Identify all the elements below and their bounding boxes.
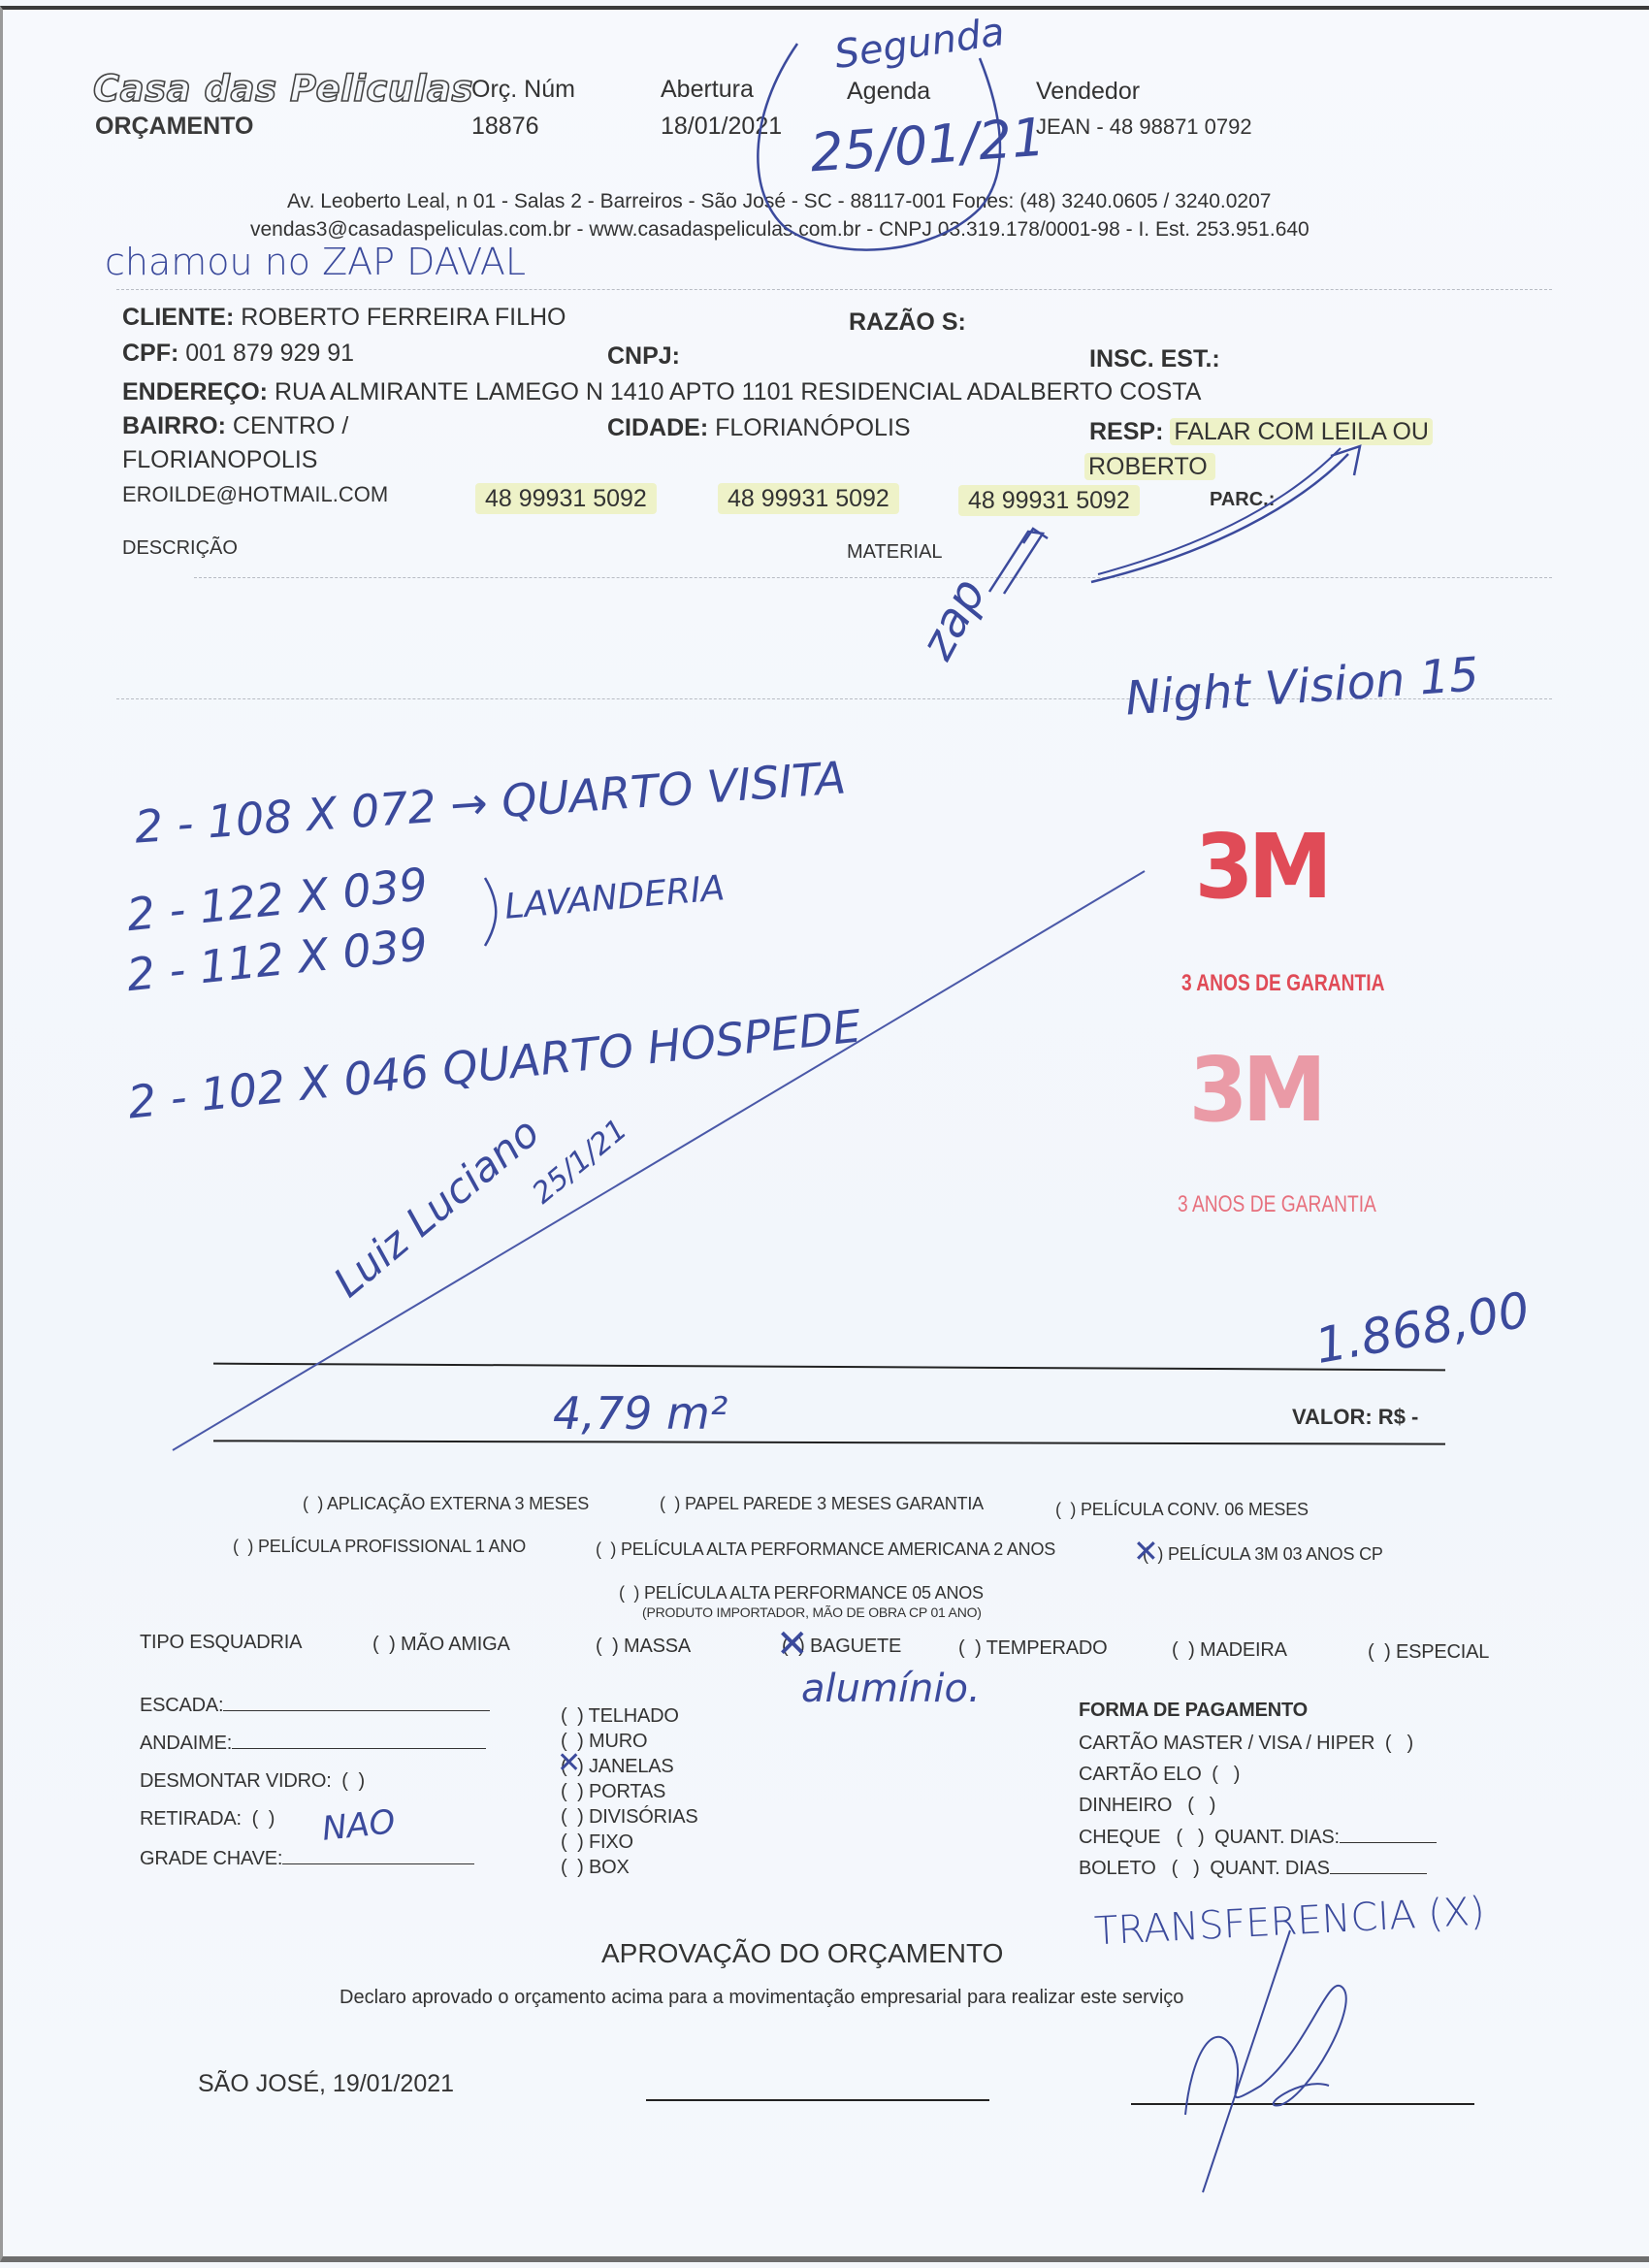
esquadria-temperado[interactable]: ( ) TEMPERADO bbox=[958, 1637, 1108, 1660]
divider bbox=[116, 289, 1552, 290]
signature-line-company bbox=[646, 2099, 989, 2101]
3m-stamp-warranty: 3 ANOS DE GARANTIA bbox=[1181, 970, 1384, 997]
resp-value-2: ROBERTO bbox=[1084, 453, 1215, 481]
esquadria-massa[interactable]: ( ) MASSA bbox=[596, 1636, 691, 1658]
pagamento-dinheiro[interactable]: DINHEIRO ( ) bbox=[1079, 1795, 1215, 1817]
company-contact: vendas3@casadaspeliculas.com.br - www.ca… bbox=[250, 218, 1309, 242]
phone-1: 48 99931 5092 bbox=[475, 485, 657, 513]
descricao-header: DESCRIÇÃO bbox=[122, 537, 238, 560]
material-header: MATERIAL bbox=[847, 541, 943, 564]
cpf-value: 001 879 929 91 bbox=[185, 340, 354, 367]
option-pelicula-profissional[interactable]: ( ) PELÍCULA PROFISSIONAL 1 ANO bbox=[233, 1537, 526, 1557]
local-portas[interactable]: ( ) PORTAS bbox=[561, 1781, 665, 1803]
agenda-label: Agenda bbox=[847, 78, 930, 106]
bairro-value: CENTRO / bbox=[233, 412, 348, 439]
valor-label: VALOR: R$ - bbox=[1292, 1405, 1418, 1430]
pagamento-cartao-elo[interactable]: CARTÃO ELO ( ) bbox=[1079, 1764, 1240, 1786]
company-address: Av. Leoberto Leal, n 01 - Salas 2 - Barr… bbox=[287, 190, 1271, 213]
phone-3: 48 99931 5092 bbox=[958, 487, 1140, 515]
esquadria-mao-amiga[interactable]: ( ) MÃO AMIGA bbox=[372, 1634, 510, 1656]
abertura-label: Abertura bbox=[661, 76, 754, 104]
local-telhado[interactable]: ( ) TELHADO bbox=[561, 1705, 679, 1728]
cliente-value: ROBERTO FERREIRA FILHO bbox=[241, 304, 566, 331]
endereco-value: RUA ALMIRANTE LAMEGO N 1410 APTO 1101 RE… bbox=[275, 378, 1201, 405]
retirada-field[interactable]: RETIRADA: ( ) bbox=[140, 1808, 275, 1831]
checkmark-x-icon: ✕ bbox=[557, 1746, 581, 1780]
local-fixo[interactable]: ( ) FIXO bbox=[561, 1831, 633, 1854]
insc-est-label: INSC. EST.: bbox=[1089, 345, 1220, 373]
pagamento-cartao-master[interactable]: CARTÃO MASTER / VISA / HIPER ( ) bbox=[1079, 1733, 1413, 1755]
razao-label: RAZÃO S: bbox=[849, 308, 966, 337]
signature-line-client bbox=[1131, 2103, 1474, 2105]
3m-stamp-warranty-faded: 3 ANOS DE GARANTIA bbox=[1178, 1191, 1376, 1218]
cidade-field: CIDADE: FLORIANÓPOLIS bbox=[607, 414, 911, 442]
pagamento-cheque[interactable]: CHEQUE ( ) QUANT. DIAS: bbox=[1079, 1826, 1437, 1849]
esquadria-especial[interactable]: ( ) ESPECIAL bbox=[1368, 1641, 1489, 1664]
checkmark-x-icon: ✕ bbox=[1133, 1533, 1159, 1570]
checkmark-x-icon: ✕ bbox=[776, 1622, 809, 1667]
bairro-field: BAIRRO: CENTRO / bbox=[122, 412, 348, 440]
grade-chave-field[interactable]: GRADE CHAVE: bbox=[140, 1847, 474, 1870]
3m-stamp-logo-faded: 3M bbox=[1189, 1038, 1321, 1142]
handwritten-note-top: chamou no ZAP DAVAL bbox=[105, 241, 526, 283]
escada-field[interactable]: ESCADA: bbox=[140, 1694, 490, 1717]
company-logo: Casa das Peliculas bbox=[93, 68, 473, 110]
vendedor-value: JEAN - 48 98871 0792 bbox=[1036, 114, 1252, 140]
email-value: EROILDE@HOTMAIL.COM bbox=[122, 482, 388, 507]
handwritten-aluminio: alumínio. bbox=[801, 1667, 981, 1711]
option-papel-parede[interactable]: ( ) PAPEL PAREDE 3 MESES GARANTIA bbox=[660, 1494, 984, 1514]
desmontar-field[interactable]: DESMONTAR VIDRO: ( ) bbox=[140, 1770, 365, 1793]
phone-2: 48 99931 5092 bbox=[718, 485, 899, 513]
endereco-field: ENDEREÇO: RUA ALMIRANTE LAMEGO N 1410 AP… bbox=[122, 378, 1201, 406]
option-pelicula-conv[interactable]: ( ) PELÍCULA CONV. 06 MESES bbox=[1055, 1500, 1309, 1520]
esquadria-label: TIPO ESQUADRIA bbox=[140, 1632, 302, 1654]
divider bbox=[194, 577, 1552, 578]
approval-title: APROVAÇÃO DO ORÇAMENTO bbox=[601, 1938, 1003, 1969]
cpf-field: CPF: 001 879 929 91 bbox=[122, 340, 354, 368]
cnpj-label: CNPJ: bbox=[607, 342, 680, 371]
orc-num-label: Orç. Núm bbox=[471, 76, 575, 104]
vendedor-label: Vendedor bbox=[1036, 78, 1140, 106]
parc-label: PARC.: bbox=[1210, 489, 1275, 511]
approval-text: Declaro aprovado o orçamento acima para … bbox=[339, 1987, 1183, 2009]
approval-place-date: SÃO JOSÉ, 19/01/2021 bbox=[198, 2070, 454, 2098]
resp-value: FALAR COM LEILA OU bbox=[1170, 418, 1433, 445]
pagamento-boleto[interactable]: BOLETO ( ) QUANT. DIAS bbox=[1079, 1857, 1427, 1880]
local-box[interactable]: ( ) BOX bbox=[561, 1857, 630, 1879]
bairro-value-2: FLORIANOPOLIS bbox=[122, 446, 317, 474]
option-aplicacao-externa[interactable]: ( ) APLICAÇÃO EXTERNA 3 MESES bbox=[303, 1494, 589, 1514]
abertura-value: 18/01/2021 bbox=[661, 113, 782, 141]
option-pelicula-alta-05[interactable]: ( ) PELÍCULA ALTA PERFORMANCE 05 ANOS bbox=[619, 1583, 984, 1604]
cliente-field: CLIENTE: ROBERTO FERREIRA FILHO bbox=[122, 304, 566, 332]
orc-num-value: 18876 bbox=[471, 113, 539, 141]
handwritten-nao: NAO bbox=[320, 1802, 397, 1849]
option-pelicula-3m[interactable]: ( ) PELÍCULA 3M 03 ANOS CP bbox=[1143, 1544, 1383, 1565]
pagamento-title: FORMA DE PAGAMENTO bbox=[1079, 1700, 1308, 1722]
local-divisorias[interactable]: ( ) DIVISÓRIAS bbox=[561, 1806, 697, 1829]
esquadria-madeira[interactable]: ( ) MADEIRA bbox=[1172, 1639, 1287, 1662]
handwritten-area: 4,79 m² bbox=[553, 1387, 727, 1440]
film-note: (PRODUTO IMPORTADOR, MÃO DE OBRA CP 01 A… bbox=[642, 1604, 982, 1620]
cidade-value: FLORIANÓPOLIS bbox=[715, 414, 910, 441]
doc-type-title: ORÇAMENTO bbox=[95, 113, 253, 141]
option-pelicula-americana[interactable]: ( ) PELÍCULA ALTA PERFORMANCE AMERICANA … bbox=[596, 1539, 1055, 1560]
resp-field: RESP: FALAR COM LEILA OU bbox=[1089, 418, 1433, 446]
3m-stamp-logo: 3M bbox=[1195, 815, 1327, 919]
andaime-field[interactable]: ANDAIME: bbox=[140, 1732, 486, 1755]
